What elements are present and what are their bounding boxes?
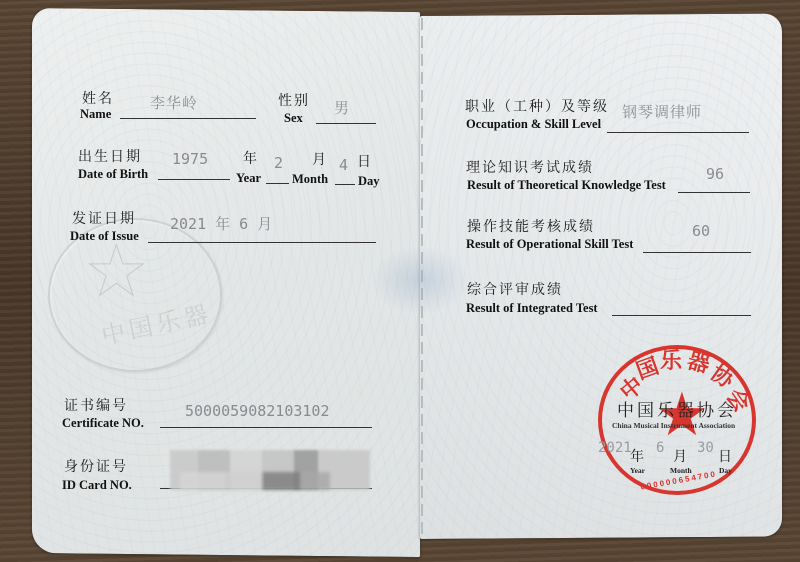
sex-underline xyxy=(316,123,376,124)
dob-day-en: Day xyxy=(358,174,380,189)
issue-year-en: Year xyxy=(630,466,645,475)
skill-value: 60 xyxy=(692,222,710,240)
occupation-underline xyxy=(607,132,749,133)
issue-year-value: 2021 xyxy=(598,440,632,456)
issue-day-en: Day xyxy=(719,466,732,475)
dob-day-value: 4 xyxy=(339,156,348,174)
certificate-booklet: ★ 中国乐器 姓名 Name 李华岭 性别 Sex 男 出生日期 Date of… xyxy=(0,0,800,562)
skill-label-en: Result of Operational Skill Test xyxy=(466,237,633,252)
theory-label-en: Result of Theoretical Knowledge Test xyxy=(467,178,666,193)
issue-date-label-en: Date of Issue xyxy=(70,229,139,244)
dob-month-en: Month xyxy=(292,172,328,187)
seal-association-name-en: China Musical Instrument Association xyxy=(612,421,735,430)
certificate-no-label-cn: 证书编号 xyxy=(64,395,128,415)
dob-year-cn: 年 xyxy=(243,148,259,168)
integrated-label-en: Result of Integrated Test xyxy=(466,301,598,316)
name-label-cn: 姓名 xyxy=(82,88,114,108)
dob-year-en: Year xyxy=(236,171,261,186)
certificate-no-underline xyxy=(160,427,372,428)
integrated-underline xyxy=(612,315,751,316)
dob-month-value: 2 xyxy=(274,154,283,172)
dob-month-underline xyxy=(266,183,289,184)
spine-watermark xyxy=(370,245,470,315)
issue-month-cn: 月 xyxy=(673,446,687,466)
issue-day-value: 30 xyxy=(697,440,714,456)
certificate-no-value: 5000059082103102 xyxy=(185,402,330,420)
dob-label-en: Date of Birth xyxy=(78,167,148,182)
issue-year-cn: 年 xyxy=(630,446,644,466)
certificate-no-label-en: Certificate NO. xyxy=(62,416,144,431)
name-label-en: Name xyxy=(80,107,111,122)
occupation-value: 钢琴调律师 xyxy=(622,101,702,122)
dob-month-cn: 月 xyxy=(312,149,328,169)
issue-date-value: 2021 年 6 月 xyxy=(170,213,272,234)
integrated-label-cn: 综合评审成绩 xyxy=(467,279,563,299)
occupation-label-en: Occupation & Skill Level xyxy=(466,117,601,132)
seal-association-name-cn: 中国乐器协会 xyxy=(617,396,737,421)
name-value: 李华岭 xyxy=(150,92,198,113)
issue-date-underline xyxy=(148,242,376,243)
id-card-label-cn: 身份证号 xyxy=(64,456,128,476)
dob-year-value: 1975 xyxy=(172,150,208,168)
skill-underline xyxy=(643,252,751,253)
name-underline xyxy=(120,118,256,119)
star-icon: ★ xyxy=(85,238,148,308)
skill-label-cn: 操作技能考核成绩 xyxy=(467,216,595,236)
theory-underline xyxy=(678,192,750,193)
id-card-label-en: ID Card NO. xyxy=(62,478,132,493)
issue-day-cn: 日 xyxy=(718,446,732,466)
sex-label-cn: 性别 xyxy=(278,90,310,110)
theory-label-cn: 理论知识考试成绩 xyxy=(466,157,594,177)
issue-month-en: Month xyxy=(670,466,692,475)
issue-date-label-cn: 发证日期 xyxy=(72,208,136,228)
sex-label-en: Sex xyxy=(284,111,303,126)
seal-arc-char: 乐 xyxy=(660,344,682,375)
dob-day-cn: 日 xyxy=(357,151,373,171)
theory-value: 96 xyxy=(706,165,724,183)
issue-month-value: 6 xyxy=(656,440,664,456)
id-card-redaction-lower xyxy=(180,472,330,490)
sex-value: 男 xyxy=(334,97,350,118)
occupation-label-cn: 职业（工种）及等级 xyxy=(465,96,609,116)
dob-label-cn: 出生日期 xyxy=(78,146,142,166)
dob-day-underline xyxy=(335,184,355,185)
dob-year-underline xyxy=(158,179,230,180)
